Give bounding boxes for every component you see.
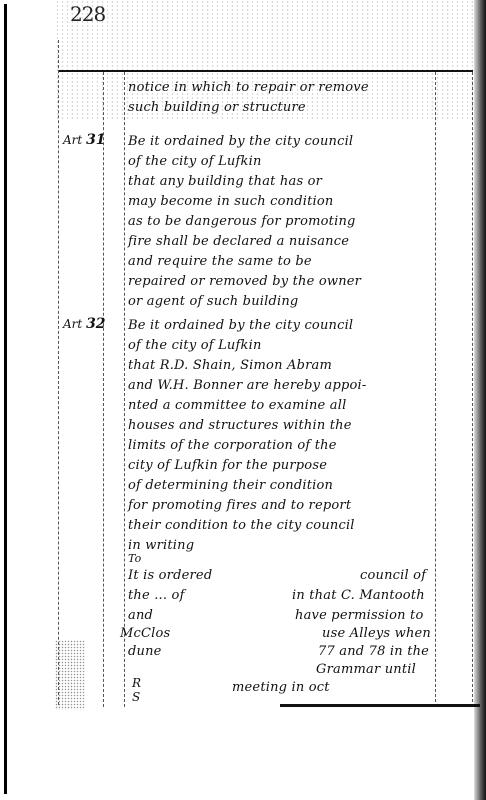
fragment-left-line: the ... of (128, 588, 185, 603)
right-rule-2 (472, 72, 473, 702)
page-number: 228 (70, 2, 105, 26)
footer-rule (280, 704, 480, 707)
continuation-line-2: such building or structure (128, 100, 306, 115)
article-32-line: nted a committee to examine all (128, 398, 346, 413)
right-rule-1 (435, 72, 436, 702)
article-32-line: that R.D. Shain, Simon Abram (128, 358, 332, 373)
fragment-right-line: 77 and 78 in the (318, 644, 429, 659)
article-31-line: as to be dangerous for promoting (128, 214, 356, 229)
page-edge-shadow (474, 0, 486, 800)
article-32-line: of the city of Lufkin (128, 338, 262, 353)
fragment-right-line: in that C. Mantooth (292, 588, 425, 603)
margin-initial: R (132, 676, 141, 690)
article-32-line: Be it ordained by the city council (128, 318, 353, 333)
article-32-line: limits of the corporation of the (128, 438, 337, 453)
article-32-line: and W.H. Bonner are hereby appoi- (128, 378, 367, 393)
margin-initial: S (132, 690, 140, 704)
article-31-line: of the city of Lufkin (128, 154, 262, 169)
continuation-line-1: notice in which to repair or remove (128, 80, 369, 95)
article-label: Art (63, 133, 82, 147)
article-31-line: may become in such condition (128, 194, 333, 209)
article-32-line: of determining their condition (128, 478, 333, 493)
scan-border (4, 4, 7, 794)
article-32-line: city of Lufkin for the purpose (128, 458, 327, 473)
article-31-line: fire shall be declared a nuisance (128, 234, 349, 249)
article-32-marker: Art 32 (63, 316, 106, 332)
fragment-left-line: dune (128, 644, 162, 659)
margin-line-3 (124, 72, 125, 707)
header-rule (58, 70, 473, 72)
article-number: 31 (86, 132, 105, 148)
margin-line-2 (103, 72, 104, 707)
article-31-line: that any building that has or (128, 174, 322, 189)
article-31-line: and require the same to be (128, 254, 312, 269)
fragment-left-line: and (128, 608, 153, 623)
scan-noise-margin (55, 640, 85, 710)
fragment-left-line: To (128, 552, 142, 565)
article-31-marker: Art 31 (63, 132, 106, 148)
article-31-line: Be it ordained by the city council (128, 134, 353, 149)
fragment-left-line: It is ordered (128, 568, 212, 583)
article-label: Art (63, 317, 82, 331)
fragment-right-line: have permission to (295, 608, 424, 623)
article-31-line: repaired or removed by the owner (128, 274, 361, 289)
fragment-right-line: use Alleys when (322, 626, 431, 641)
fragment-right-line: Grammar until (316, 662, 416, 677)
fragment-left-line: McClos (120, 626, 170, 641)
article-31-line: or agent of such building (128, 294, 298, 309)
fragment-right-line: council of (360, 568, 426, 583)
margin-line-1 (58, 40, 59, 705)
fragment-bottom-line: meeting in oct (232, 680, 330, 695)
article-32-line: houses and structures within the (128, 418, 352, 433)
article-number: 32 (86, 316, 105, 332)
article-32-line: in writing (128, 538, 194, 553)
article-32-line: their condition to the city council (128, 518, 355, 533)
article-32-line: for promoting fires and to report (128, 498, 351, 513)
